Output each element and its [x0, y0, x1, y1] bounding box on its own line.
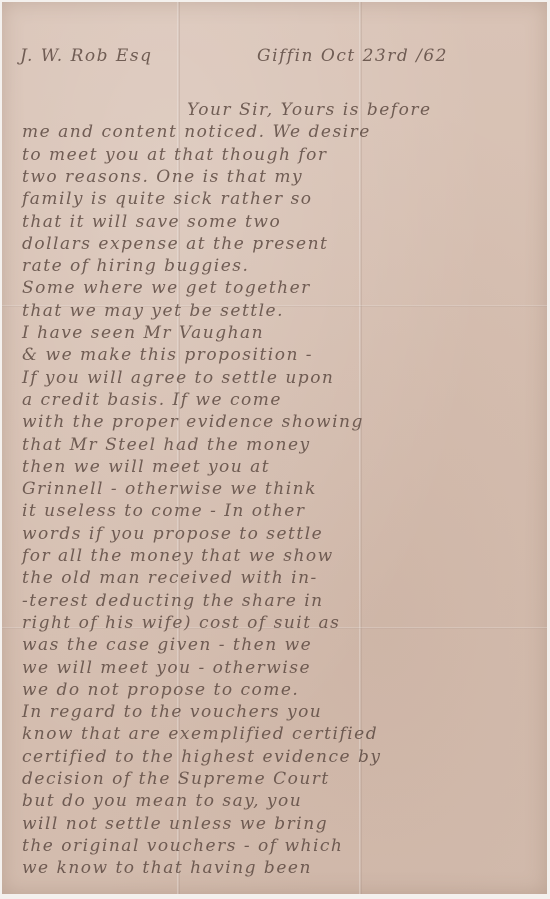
letter-line: decision of the Supreme Court — [22, 769, 330, 789]
letter-line: words if you propose to settle — [22, 524, 323, 544]
letter-line: me and content noticed. We desire — [22, 122, 371, 142]
letter-line: we do not propose to come. — [22, 680, 299, 700]
letter-line: -terest deducting the share in — [22, 591, 324, 611]
letter-line: that it will save some two — [22, 212, 281, 232]
letter-line: two reasons. One is that my — [22, 167, 303, 187]
letter-line: In regard to the vouchers you — [22, 702, 322, 722]
letter-line: we know to that having been — [22, 858, 312, 878]
place-date: Giffin Oct 23rd /62 — [257, 46, 448, 66]
letter-line: then we will meet you at — [22, 457, 270, 477]
letter-line: certified to the highest evidence by — [22, 747, 381, 767]
letter-page: J. W. Rob Esq Giffin Oct 23rd /62 Your S… — [2, 2, 547, 894]
letter-line: it useless to come - In other — [22, 501, 305, 521]
letter-line: rate of hiring buggies. — [22, 256, 249, 276]
letter-line: that we may yet be settle. — [22, 301, 284, 321]
letter-line: I have seen Mr Vaughan — [22, 323, 264, 343]
letter-line: was the case given - then we — [22, 635, 312, 655]
letter-line: know that are exemplified certified — [22, 724, 378, 744]
letter-line: with the proper evidence showing — [22, 412, 364, 432]
addressee: J. W. Rob Esq — [20, 46, 152, 66]
letter-line: will not settle unless we bring — [22, 814, 328, 834]
letter-line: & we make this proposition - — [22, 345, 313, 365]
letter-line: the old man received with in- — [22, 568, 318, 588]
letter-line: family is quite sick rather so — [22, 189, 313, 209]
letter-line: Your Sir, Yours is before — [187, 100, 432, 120]
letter-line: that Mr Steel had the money — [22, 435, 311, 455]
letter-line: to meet you at that though for — [22, 145, 328, 165]
letter-line: dollars expense at the present — [22, 234, 328, 254]
letter-line: right of his wife) cost of suit as — [22, 613, 340, 633]
letter-line: Some where we get together — [22, 278, 311, 298]
letter-line: but do you mean to say, you — [22, 791, 302, 811]
letter-line: Grinnell - otherwise we think — [22, 479, 317, 499]
letter-line: for all the money that we show — [22, 546, 334, 566]
letter-line: a credit basis. If we come — [22, 390, 282, 410]
letter-line: If you will agree to settle upon — [22, 368, 334, 388]
letter-line: we will meet you - otherwise — [22, 658, 311, 678]
letter-line: the original vouchers - of which — [22, 836, 343, 856]
